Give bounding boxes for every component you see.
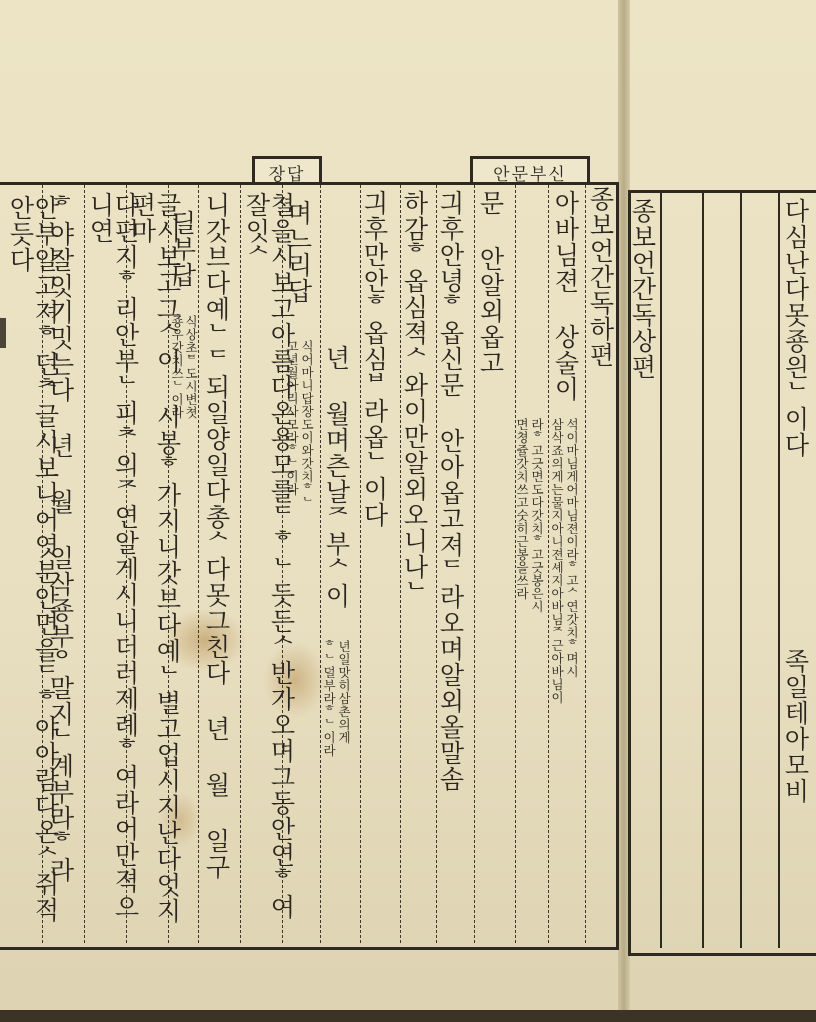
- facing-book-title-column: 종보언간독상편: [630, 198, 655, 498]
- facing-text-column: 다심난다못죵읜ᄂ이다: [783, 198, 808, 498]
- column-rule: [740, 192, 742, 948]
- text-column: 문 안알외옵고: [478, 190, 503, 590]
- page-edge-mark: [0, 318, 6, 348]
- text-column: 하감ᄒ옵심젹ᄉ와이만알외오니나ᄂ: [402, 190, 427, 610]
- annotation-column: 면쳥쥴갓치쓰고숫히근봉을쓰라: [515, 418, 528, 718]
- section-tab-reply: 장답: [252, 156, 322, 185]
- column-rule: [240, 185, 241, 943]
- annotation-column: 식상초ᄐ도시변쳣: [184, 315, 197, 495]
- annotation-column: 라ᄒ고긋면도다갓치ᄒ고긋봉은시: [530, 418, 543, 718]
- text-column: 아바님젼 상술이: [553, 190, 578, 430]
- book-bottom-edge: [0, 1010, 816, 1022]
- column-rule: [198, 185, 199, 943]
- annotation-column: 년일맛히삼촌의게: [337, 640, 350, 840]
- column-rule: [702, 192, 704, 948]
- text-column: 쳘을시보고아름다온용모를ᄃᄒᄂ듯든ᄉ반가오며그동안연ᄒ여잘잇ᄉ: [244, 192, 294, 942]
- facing-text-column: 족일테아모비: [783, 648, 808, 848]
- annotation-column: ᄒᄂ덜부라ᄒᄂ이라: [322, 640, 335, 840]
- annotation-column: 식어마니답장도이와갓치ᄒᄂ: [300, 340, 313, 560]
- text-column: 긔후안녕ᄒ옵신문 안아옵고져ᄃ라오며알외올말솜: [438, 190, 463, 810]
- column-rule: [660, 192, 662, 948]
- annotation-column: 삼삭죠의게는물지아니젼셰지아바님ᄌ근아바님이: [550, 418, 563, 948]
- section-tab-inquiry: 안문부신: [470, 156, 590, 185]
- text-column: 다편지ᄒ리안부ᄂ피ᄎ의ᄌ연알게시니더러제례ᄒ여라어만젹으니연: [88, 192, 138, 942]
- column-rule: [474, 185, 475, 943]
- book-title-column: 종보언간독하편: [588, 186, 613, 566]
- text-column: 긔후만안ᄒ옵심ᄇ라옵ᄂ이다: [362, 190, 387, 530]
- annotation-column: 석이마님게어마님젼이라ᄒ고ᄉ연갓치ᄒ며시: [565, 418, 578, 948]
- text-column: 안부알고져ᄒ던ᄎ글시보니어엿분안면을ᄃᄒ야아람다온ᄉ쥐적안듯다: [8, 195, 58, 945]
- column-rule: [320, 185, 321, 943]
- column-rule: [548, 185, 549, 943]
- column-rule: [778, 192, 780, 948]
- text-column: 년 월며츤날ᄌ부ᄉ이: [324, 345, 349, 685]
- text-column: 니갓브다예ᄂᄃ되일양일다총ᄉ다못그친다 년 월 일구: [204, 192, 229, 942]
- column-rule: [84, 185, 85, 943]
